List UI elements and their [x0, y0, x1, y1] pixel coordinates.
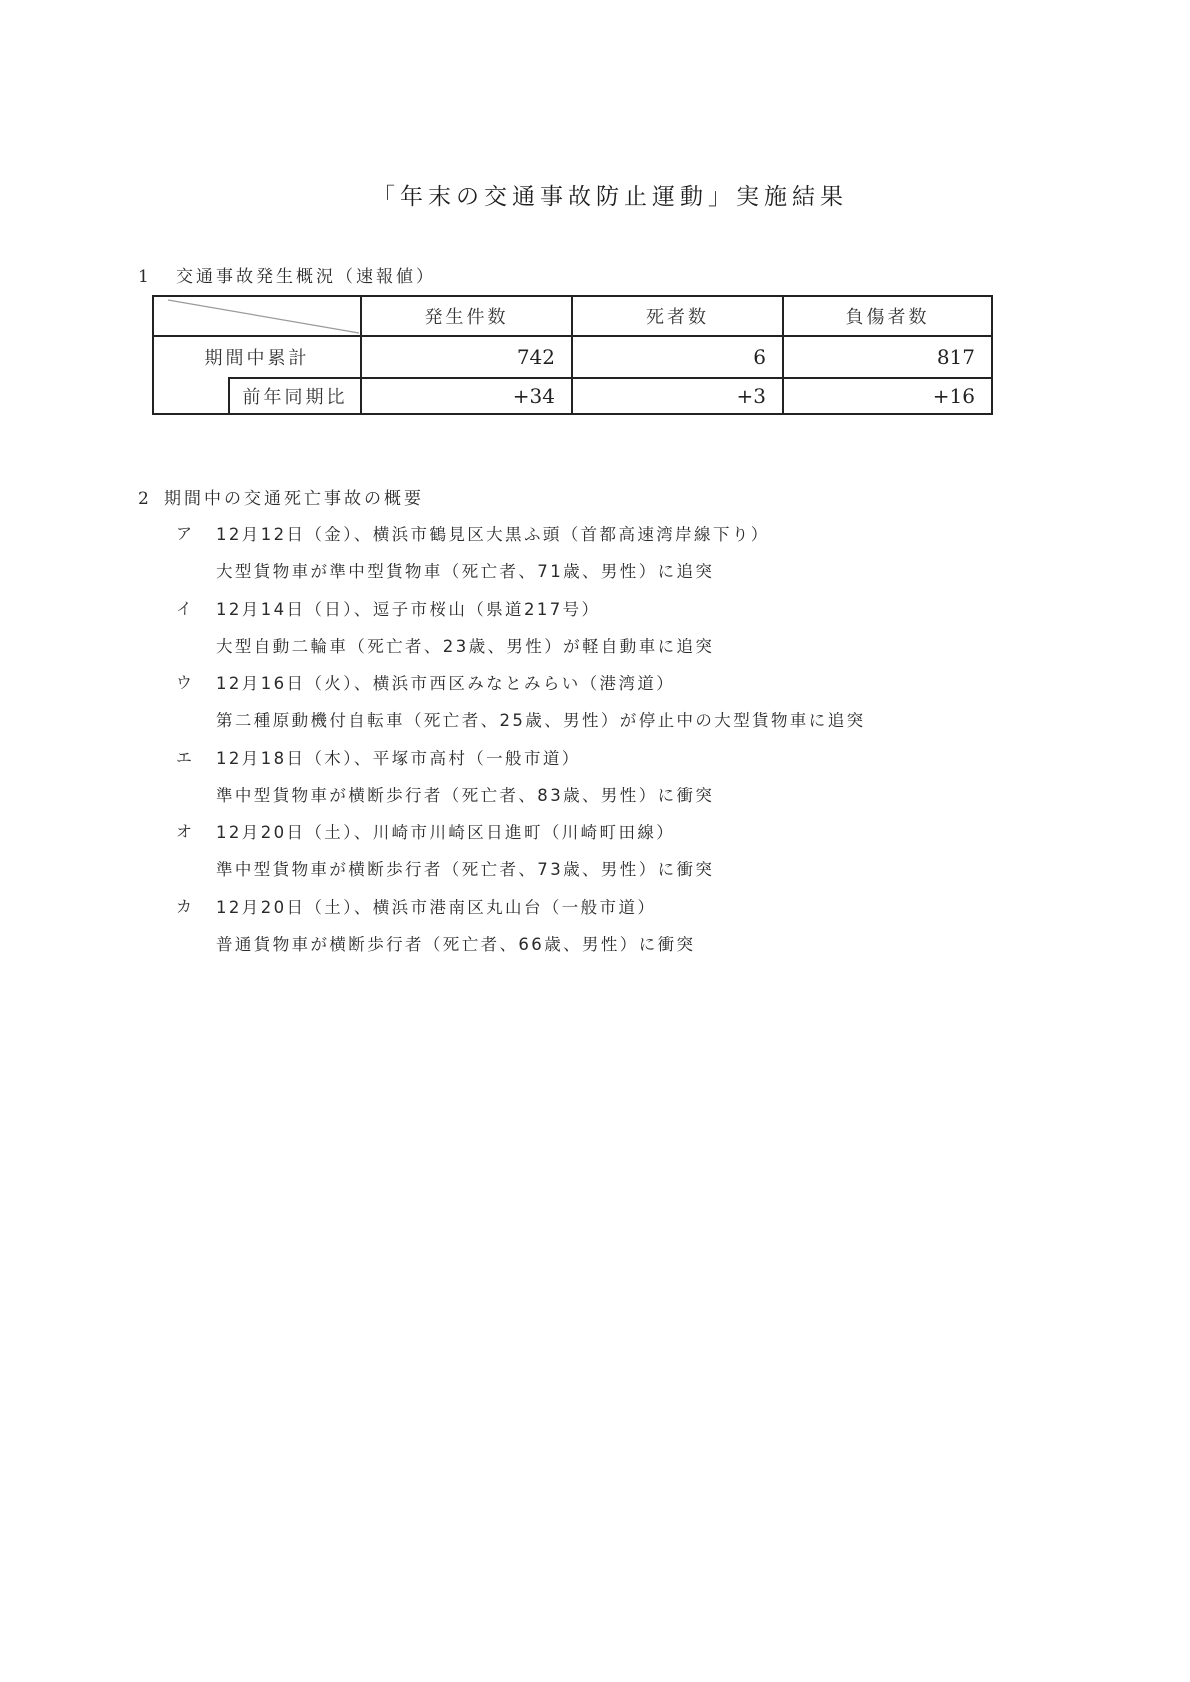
incident-description: 大型貨物車が準中型貨物車（死亡者、71歳、男性）に追突 [216, 558, 714, 582]
incident-marker: オ [176, 819, 192, 842]
column-header-deaths: 死者数 [573, 297, 782, 335]
cell-period-incidents: 742 [362, 337, 571, 377]
section-number: 1 [138, 267, 176, 287]
cell-period-injuries: 817 [784, 337, 991, 377]
incident-description: 大型自動二輪車（死亡者、23歳、男性）が軽自動車に追突 [216, 633, 714, 657]
incident-description: 準中型貨物車が横断歩行者（死亡者、73歳、男性）に衝突 [216, 856, 714, 880]
cell-yoy-deaths: +3 [573, 379, 782, 413]
diagonal-header-cell [154, 297, 361, 335]
column-header-incidents: 発生件数 [362, 297, 571, 335]
incident-marker: カ [176, 894, 192, 917]
incident-description: 第二種原動機付自転車（死亡者、25歳、男性）が停止中の大型貨物車に追突 [216, 707, 866, 731]
section-title: 期間中の交通死亡事故の概要 [164, 489, 424, 509]
incident-date-location: 12月18日（木）、平塚市高村（一般市道） [216, 745, 581, 769]
section-1-heading: 1交通事故発生概況（速報値） [138, 262, 436, 287]
incident-description: 準中型貨物車が横断歩行者（死亡者、83歳、男性）に衝突 [216, 782, 714, 806]
section-number: 2 [138, 489, 164, 509]
row-label-period-total: 期間中累計 [154, 337, 360, 377]
section-title: 交通事故発生概況（速報値） [176, 267, 436, 287]
incident-marker: イ [176, 596, 192, 619]
document-title: 「年末の交通事故防止運動」実施結果 [0, 178, 1190, 211]
cell-yoy-incidents: +34 [362, 379, 571, 413]
row-label-year-over-year: 前年同期比 [230, 379, 360, 413]
incident-description: 普通貨物車が横断歩行者（死亡者、66歳、男性）に衝突 [216, 931, 695, 955]
incident-marker: ウ [176, 670, 192, 693]
incident-date-location: 12月12日（金）、横浜市鶴見区大黒ふ頭（首都高速湾岸線下り） [216, 521, 770, 545]
column-header-injuries: 負傷者数 [784, 297, 991, 335]
section-2-heading: 2期間中の交通死亡事故の概要 [138, 484, 424, 509]
document-page: 「年末の交通事故防止運動」実施結果 1交通事故発生概況（速報値） 発生件数 死者… [0, 0, 1190, 1682]
incident-date-location: 12月20日（土）、川崎市川崎区日進町（川崎町田線） [216, 819, 675, 843]
accident-summary-table: 発生件数 死者数 負傷者数 期間中累計 742 6 817 前年同期比 +34 … [152, 295, 993, 415]
cell-yoy-injuries: +16 [784, 379, 991, 413]
cell-period-deaths: 6 [573, 337, 782, 377]
incident-date-location: 12月14日（日）、逗子市桜山（県道217号） [216, 596, 600, 620]
incident-date-location: 12月16日（火）、横浜市西区みなとみらい（港湾道） [216, 670, 675, 694]
incident-marker: ア [176, 521, 192, 544]
incident-marker: エ [176, 745, 192, 768]
incident-date-location: 12月20日（土）、横浜市港南区丸山台（一般市道） [216, 894, 656, 918]
